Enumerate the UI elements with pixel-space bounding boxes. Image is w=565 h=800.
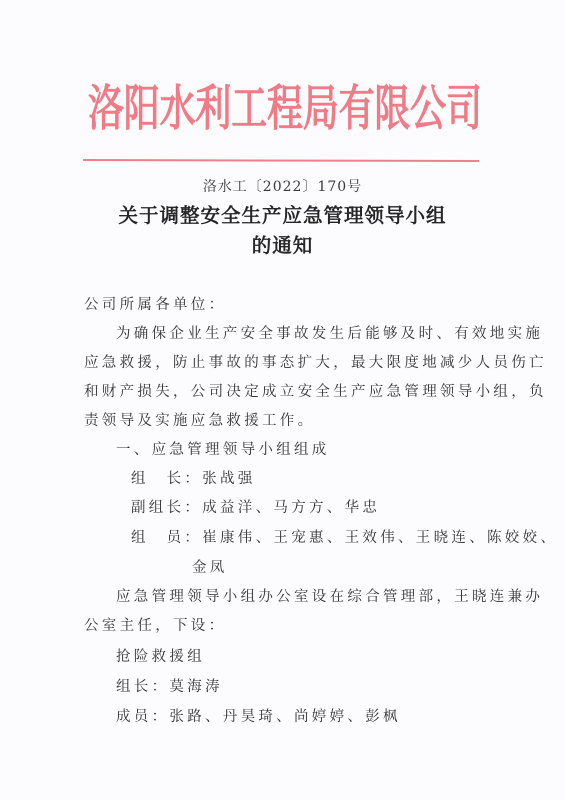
rescue-group-leader: 组长：莫海涛 bbox=[116, 675, 223, 696]
salutation: 公司所属各单位： bbox=[84, 293, 226, 314]
letterhead-company-name: 洛 阳 水 利 工 程 局 有 限 公 司 bbox=[88, 78, 478, 140]
document-number: 洛水工〔2022〕170号 bbox=[0, 176, 565, 196]
document-title-line-1: 关于调整安全生产应急管理领导小组 bbox=[0, 200, 565, 228]
letterhead-char: 利 bbox=[195, 85, 227, 134]
office-paragraph-line: 应急管理领导小组办公室设在综合管理部，王晓连兼办 bbox=[116, 585, 543, 606]
letterhead-char: 水 bbox=[160, 85, 192, 134]
letterhead-char: 工 bbox=[231, 85, 263, 134]
intro-paragraph-line: 为确保企业生产安全事故发生后能够及时、有效地实施 bbox=[116, 322, 543, 343]
intro-paragraph-line: 和财产损失，公司决定成立安全生产应急管理领导小组，负 bbox=[84, 380, 547, 401]
letterhead-char: 阳 bbox=[124, 85, 156, 134]
letterhead-char: 公 bbox=[410, 85, 442, 134]
intro-paragraph-line: 责领导及实施应急救援工作。 bbox=[84, 409, 315, 430]
document-title-line-2: 的通知 bbox=[0, 230, 565, 258]
intro-paragraph-line: 应急救援，防止事故的事态扩大，最大限度地减少人员伤亡 bbox=[84, 351, 547, 372]
rescue-group-name: 抢险救援组 bbox=[116, 645, 205, 666]
letterhead-divider bbox=[83, 159, 479, 162]
group-members: 组 员：崔康伟、王宠惠、王效伟、王晓连、陈姣姣、 bbox=[131, 526, 558, 547]
group-leader: 组 长：张战强 bbox=[131, 467, 256, 488]
letterhead-char: 有 bbox=[339, 85, 371, 134]
letterhead-char: 限 bbox=[374, 85, 406, 134]
section-heading: 一、应急管理领导小组组成 bbox=[116, 438, 330, 459]
letterhead-char: 局 bbox=[303, 85, 335, 134]
letterhead-char: 程 bbox=[267, 85, 299, 134]
deputy-group-leaders: 副组长：成益洋、马方方、华忠 bbox=[131, 496, 380, 517]
rescue-group-members: 成员：张路、丹昊琦、尚婷婷、彭枫 bbox=[116, 705, 401, 726]
letterhead-char: 洛 bbox=[88, 85, 120, 134]
group-members-continued: 金凤 bbox=[192, 556, 228, 577]
document-page: 洛 阳 水 利 工 程 局 有 限 公 司 洛水工〔2022〕170号 关于调整… bbox=[0, 0, 565, 800]
letterhead-char: 司 bbox=[446, 85, 478, 134]
office-paragraph-line: 公室主任，下设： bbox=[84, 614, 226, 635]
